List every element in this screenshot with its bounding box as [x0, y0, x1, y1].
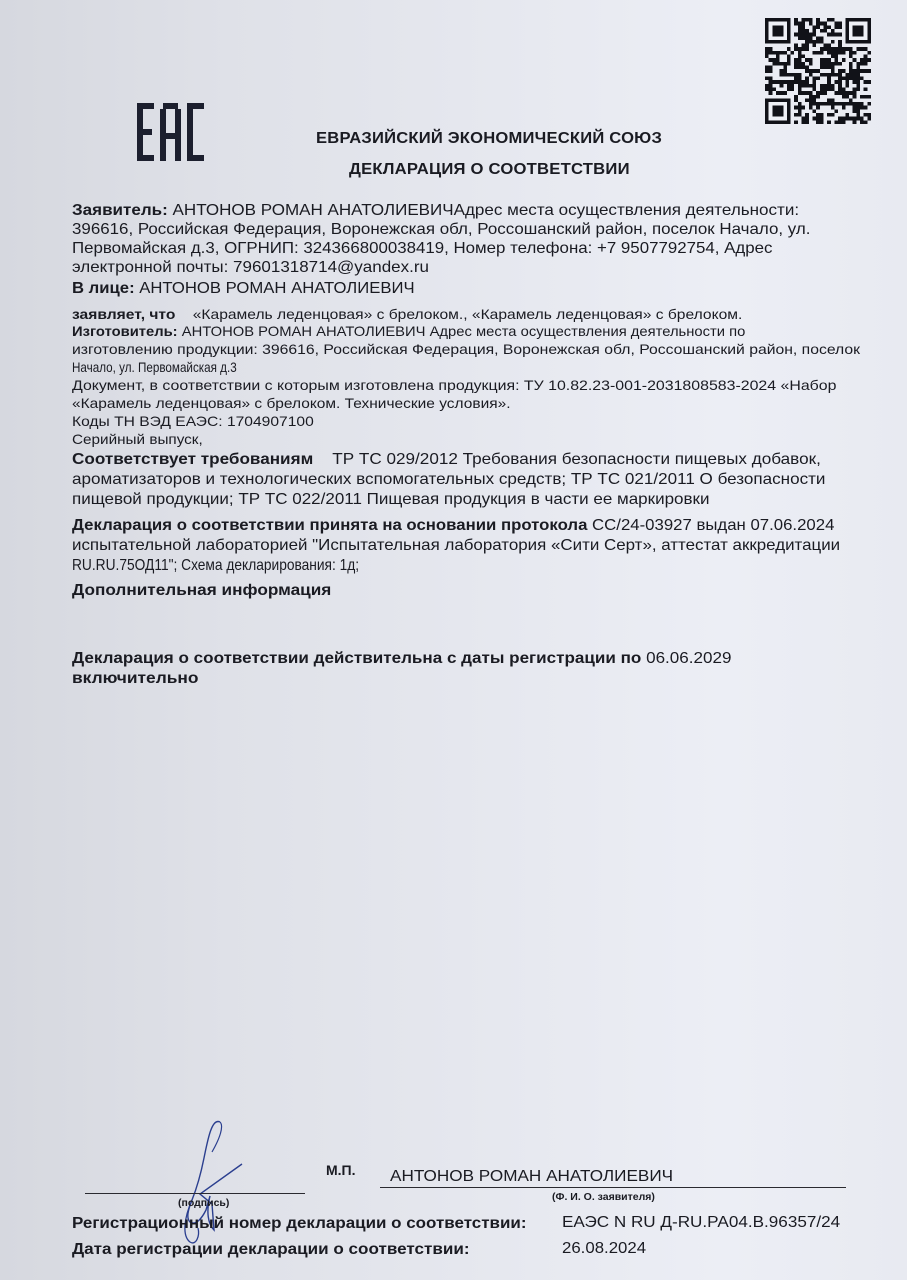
validity-line: Декларация о соответствии действительна …: [72, 650, 731, 668]
validity-date: 06.06.2029: [646, 650, 731, 667]
union-title: ЕВРАЗИЙСКИЙ ЭКОНОМИЧЕСКИЙ СОЮЗ: [316, 130, 662, 148]
basis-value: СС/24-03927 выдан 07.06.2024: [592, 517, 834, 534]
applicant-label: Заявитель:: [72, 202, 168, 219]
validity-inclusive: включительно: [72, 670, 199, 688]
additional-info-heading: Дополнительная информация: [72, 582, 331, 600]
document-title: ДЕКЛАРАЦИЯ О СООТВЕТСТВИИ: [349, 161, 630, 179]
hs-codes: Коды ТН ВЭД ЕАЭС: 1704907100: [72, 413, 314, 429]
manufacturer-line-3: Начало, ул. Первомайская д.3: [72, 359, 237, 375]
declares-value: «Карамель леденцовая» с брелоком., «Кара…: [193, 306, 743, 322]
declares-label: заявляет, что: [72, 306, 175, 322]
applicant-line-1: Заявитель: АНТОНОВ РОМАН АНАТОЛИЕВИЧАдре…: [72, 202, 799, 220]
requirements-line-1: Соответствует требованиям ТР ТС 029/2012…: [72, 451, 821, 469]
basis-line-3: RU.RU.75ОД11"; Схема декларирования: 1д;: [72, 557, 359, 575]
stamp-label: М.П.: [326, 1162, 356, 1178]
registration-date-label: Дата регистрации декларации о соответств…: [72, 1241, 470, 1259]
eac-logo-icon: [137, 103, 205, 161]
requirements-value: ТР ТС 029/2012 Требования безопасности п…: [332, 451, 821, 468]
requirements-line-3: пищевой продукции; ТР ТС 022/2011 Пищева…: [72, 491, 710, 509]
registration-date: 26.08.2024: [562, 1240, 646, 1258]
represented-by-label: В лице:: [72, 280, 135, 297]
validity-label: Декларация о соответствии действительна …: [72, 650, 641, 667]
applicant-line-3: Первомайская д.3, ОГРНИП: 32436680003841…: [72, 240, 772, 258]
signature-line: [85, 1193, 305, 1194]
represented-by: В лице: АНТОНОВ РОМАН АНАТОЛИЕВИЧ: [72, 280, 415, 298]
signature-caption: (подпись): [178, 1197, 229, 1209]
applicant-full-name: АНТОНОВ РОМАН АНАТОЛИЕВИЧ: [390, 1168, 673, 1186]
requirements-label: Соответствует требованиям: [72, 451, 313, 468]
represented-by-value: АНТОНОВ РОМАН АНАТОЛИЕВИЧ: [139, 280, 414, 297]
applicant-value: АНТОНОВ РОМАН АНАТОЛИЕВИЧАдрес места осу…: [173, 202, 800, 219]
manufacturer-label: Изготовитель:: [72, 323, 178, 339]
manufacturer-value: АНТОНОВ РОМАН АНАТОЛИЕВИЧ Адрес места ос…: [182, 323, 746, 339]
name-caption: (Ф. И. О. заявителя): [552, 1191, 655, 1203]
manufacturer-line-1: Изготовитель: АНТОНОВ РОМАН АНАТОЛИЕВИЧ …: [72, 323, 745, 339]
registration-number-label: Регистрационный номер декларации о соотв…: [72, 1215, 527, 1233]
document-line-2: «Карамель леденцовая» с брелоком. Технич…: [72, 395, 511, 411]
declares-line: заявляет, что «Карамель леденцовая» с бр…: [72, 306, 742, 322]
basis-line-1: Декларация о соответствии принята на осн…: [72, 517, 834, 535]
manufacturer-line-2: изготовлению продукции: 396616, Российск…: [72, 341, 860, 357]
registration-number: ЕАЭС N RU Д-RU.РА04.В.96357/24: [562, 1214, 840, 1232]
requirements-line-2: ароматизаторов и технологических вспомог…: [72, 471, 825, 489]
qr-code-icon: [765, 18, 871, 124]
name-line: [380, 1187, 846, 1188]
serial-production: Серийный выпуск,: [72, 431, 203, 447]
applicant-line-2: 396616, Российская Федерация, Воронежска…: [72, 221, 810, 239]
document-line-1: Документ, в соответствии с которым изгот…: [72, 377, 836, 393]
basis-label: Декларация о соответствии принята на осн…: [72, 517, 587, 534]
applicant-line-4: электронной почты: 79601318714@yandex.ru: [72, 259, 429, 277]
basis-line-2: испытательной лабораторией "Испытательна…: [72, 537, 840, 555]
